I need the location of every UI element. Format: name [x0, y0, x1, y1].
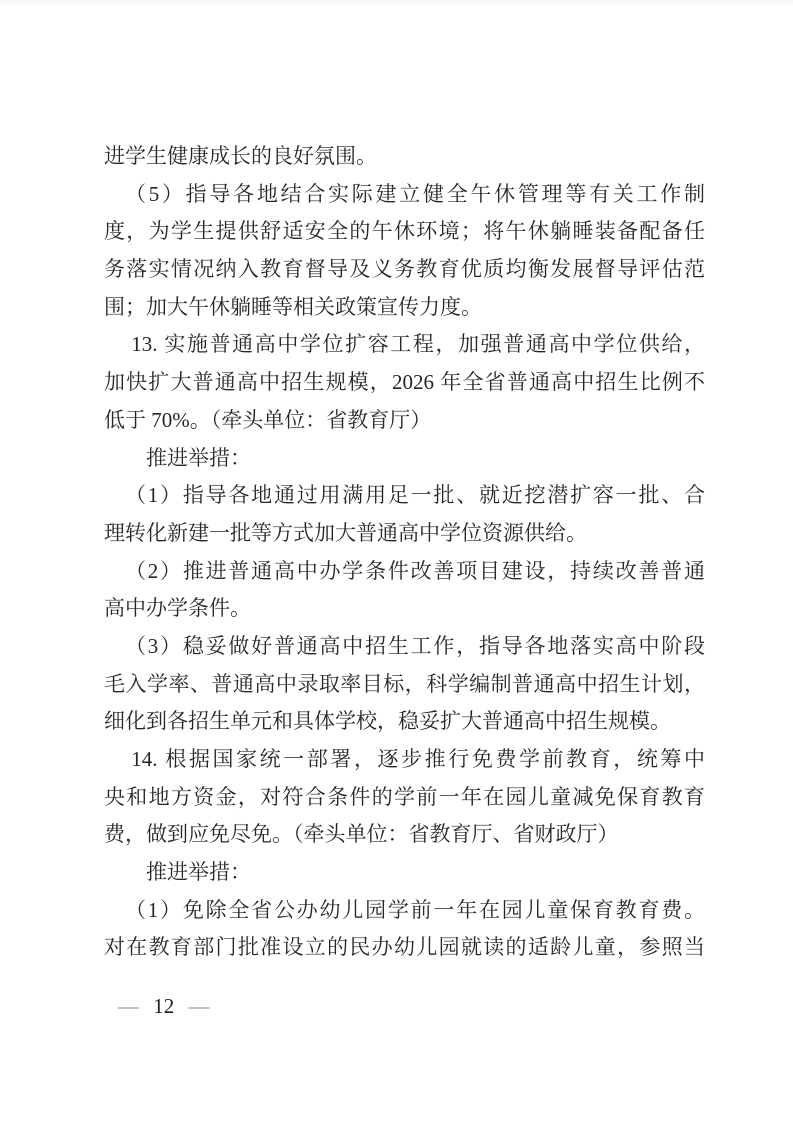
- document-body: 进学生健康成长的良好氛围。（5）指导各地结合实际建立健全午休管理等有关工作制度，…: [104, 138, 705, 967]
- footer-dash-left: —: [118, 994, 139, 1018]
- text-line: 推进举措：: [104, 854, 705, 892]
- text-line: 理转化新建一批等方式加大普通高中学位资源供给。: [104, 515, 705, 553]
- text-line: 高中办学条件。: [104, 590, 705, 628]
- text-line: （5）指导各地结合实际建立健全午休管理等有关工作制: [104, 176, 705, 214]
- text-line: 低于 70%。（牵头单位：省教育厅）: [104, 402, 705, 440]
- footer-dash-right: —: [189, 994, 210, 1018]
- scan-edge-shadow: [0, 0, 793, 7]
- text-line: 13. 实施普通高中学位扩容工程，加强普通高中学位供给，: [104, 326, 705, 364]
- page-number: 12: [153, 994, 174, 1018]
- text-line: 围；加大午休躺睡等相关政策宣传力度。: [104, 289, 705, 327]
- page-footer: — 12 —: [118, 991, 210, 1021]
- text-line: 务落实情况纳入教育督导及义务教育优质均衡发展督导评估范: [104, 251, 705, 289]
- text-line: （1）指导各地通过用满用足一批、就近挖潜扩容一批、合: [104, 477, 705, 515]
- text-line: 进学生健康成长的良好氛围。: [104, 138, 705, 176]
- text-line: 加快扩大普通高中招生规模，2026 年全省普通高中招生比例不: [104, 364, 705, 402]
- text-line: 推进举措：: [104, 440, 705, 478]
- text-line: 毛入学率、普通高中录取率目标，科学编制普通高中招生计划，: [104, 666, 705, 704]
- text-line: 度，为学生提供舒适安全的午休环境；将午休躺睡装备配备任: [104, 213, 705, 251]
- text-line: 14. 根据国家统一部署，逐步推行免费学前教育，统筹中: [104, 741, 705, 779]
- document-page: 进学生健康成长的良好氛围。（5）指导各地结合实际建立健全午休管理等有关工作制度，…: [0, 0, 793, 1122]
- text-line: 对在教育部门批准设立的民办幼儿园就读的适龄儿童，参照当: [104, 929, 705, 967]
- text-line: 细化到各招生单元和具体学校，稳妥扩大普通高中招生规模。: [104, 703, 705, 741]
- text-line: （3）稳妥做好普通高中招生工作，指导各地落实高中阶段: [104, 628, 705, 666]
- text-line: 央和地方资金，对符合条件的学前一年在园儿童减免保育教育: [104, 779, 705, 817]
- text-line: 费，做到应免尽免。（牵头单位：省教育厅、省财政厅）: [104, 816, 705, 854]
- text-line: （2）推进普通高中办学条件改善项目建设，持续改善普通: [104, 553, 705, 591]
- text-line: （1）免除全省公办幼儿园学前一年在园儿童保育教育费。: [104, 892, 705, 930]
